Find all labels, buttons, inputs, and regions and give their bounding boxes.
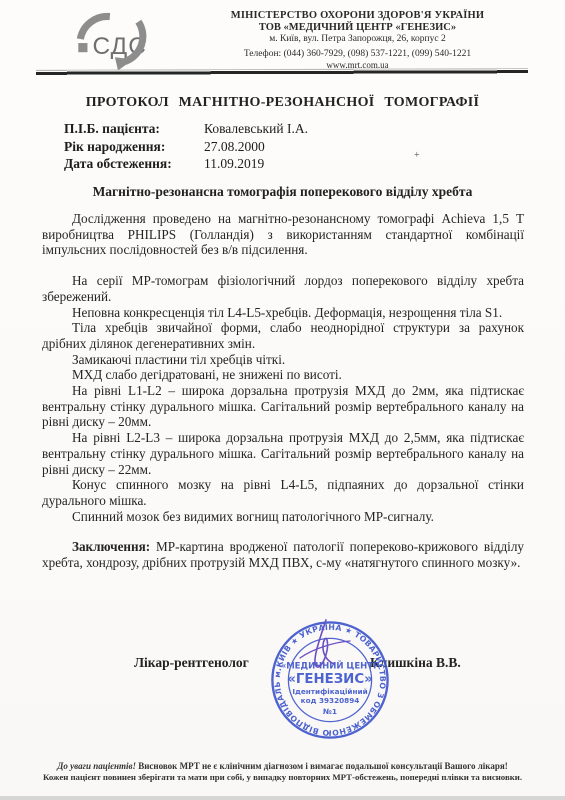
clinic-phones: Телефон: (044) 360-7929, (098) 537-1221,… — [185, 49, 530, 59]
scanned-document-page: СДС МІНІСТЕРСТВО ОХОРОНИ ЗДОРОВ'Я УКРАЇН… — [0, 0, 565, 800]
paragraph-endplates: Замикаючі пластини тіл хребців чіткі. — [42, 352, 524, 368]
paragraph-l1-l2: На рівні L1-L2 – широка дорзальна протру… — [42, 383, 524, 430]
paragraph-vertebrae: Тіла хребців звичайної форми, слабо неод… — [42, 320, 524, 351]
paragraph-lordosis: На серії МР-томограм фізіологічний лордо… — [42, 273, 524, 304]
exam-date-row: Дата обстеження: 11.09.2019 — [64, 155, 494, 173]
exam-date-value: 11.09.2019 — [204, 155, 264, 173]
patient-name-row: П.І.Б. пацієнта: Ковалевський І.А. — [64, 120, 494, 138]
birth-year-value: 27.08.2000 — [204, 138, 265, 156]
signature-stroke-1 — [315, 620, 334, 667]
conclusion-label: Заключення: — [72, 539, 150, 554]
footer-line1-rest: Висновок МРТ не є клінічним діагнозом і … — [136, 761, 508, 771]
patient-info: П.І.Б. пацієнта: Ковалевський І.А. Рік н… — [64, 120, 494, 173]
exam-date-label: Дата обстеження: — [64, 155, 204, 173]
paragraph-l2-l3: На рівні L2-L3 – широка дорзальна протру… — [42, 430, 524, 477]
letterhead: МІНІСТЕРСТВО ОХОРОНИ ЗДОРОВ'Я УКРАЇНИ ТО… — [185, 10, 530, 70]
birth-year-row: Рік народження: 27.08.2000 — [64, 138, 494, 156]
patient-name-value: Ковалевський І.А. — [204, 120, 308, 138]
clinic-name: ТОВ «МЕДИЧНИЙ ЦЕНТР «ГЕНЕЗИС» — [185, 22, 530, 33]
paragraph-spinal-cord: Спинний мозок без видимих вогнищ патолог… — [42, 509, 524, 525]
section-title: Магнітно-резонансна томографія попереков… — [0, 184, 565, 200]
header-divider — [36, 68, 528, 76]
document-title: ПРОТОКОЛ МАГНІТНО-РЕЗОНАНСНОЇ ТОМОГРАФІЇ — [0, 95, 565, 111]
paragraph-discs: МХД слабо дегідратовані, не знижені по в… — [42, 367, 524, 383]
stamp-center-line5: №1 — [323, 707, 337, 716]
birth-year-label: Рік народження: — [64, 138, 204, 156]
doctor-signature-scribble — [286, 612, 376, 702]
logo-dot — [78, 43, 87, 52]
doctor-role: Лікар-рентгенолог — [134, 655, 249, 671]
scan-bottom-edge — [0, 796, 565, 800]
paragraph-concrescence: Неповна конкресценція тіл L4-L5-хребців.… — [42, 305, 524, 321]
sds-logo: СДС — [62, 6, 174, 74]
patient-name-label: П.І.Б. пацієнта: — [64, 120, 204, 138]
paragraph-method: Дослідження проведено на магнітно-резона… — [42, 211, 524, 258]
footer-notice: До уваги пацієнтів! Висновок МРТ не є кл… — [0, 761, 565, 782]
paragraph-conus: Конус спинного мозку на рівні L4-L5, під… — [42, 477, 524, 508]
footer-line2: Кожен пацієнт повинен зберігати та мати … — [0, 772, 565, 782]
footer-line1-lead: До уваги пацієнтів! — [57, 761, 136, 771]
ministry-line: МІНІСТЕРСТВО ОХОРОНИ ЗДОРОВ'Я УКРАЇНИ — [185, 10, 530, 21]
paragraph-conclusion: Заключення: МР-картина вродженої патолог… — [42, 539, 524, 570]
report-body: Дослідження проведено на магнітно-резона… — [42, 211, 524, 571]
footer-line1: До уваги пацієнтів! Висновок МРТ не є кл… — [0, 761, 565, 771]
clinic-address: м. Київ, вул. Петра Запорожця, 26, корпу… — [185, 34, 530, 44]
scan-artifact-plus: + — [414, 150, 420, 161]
